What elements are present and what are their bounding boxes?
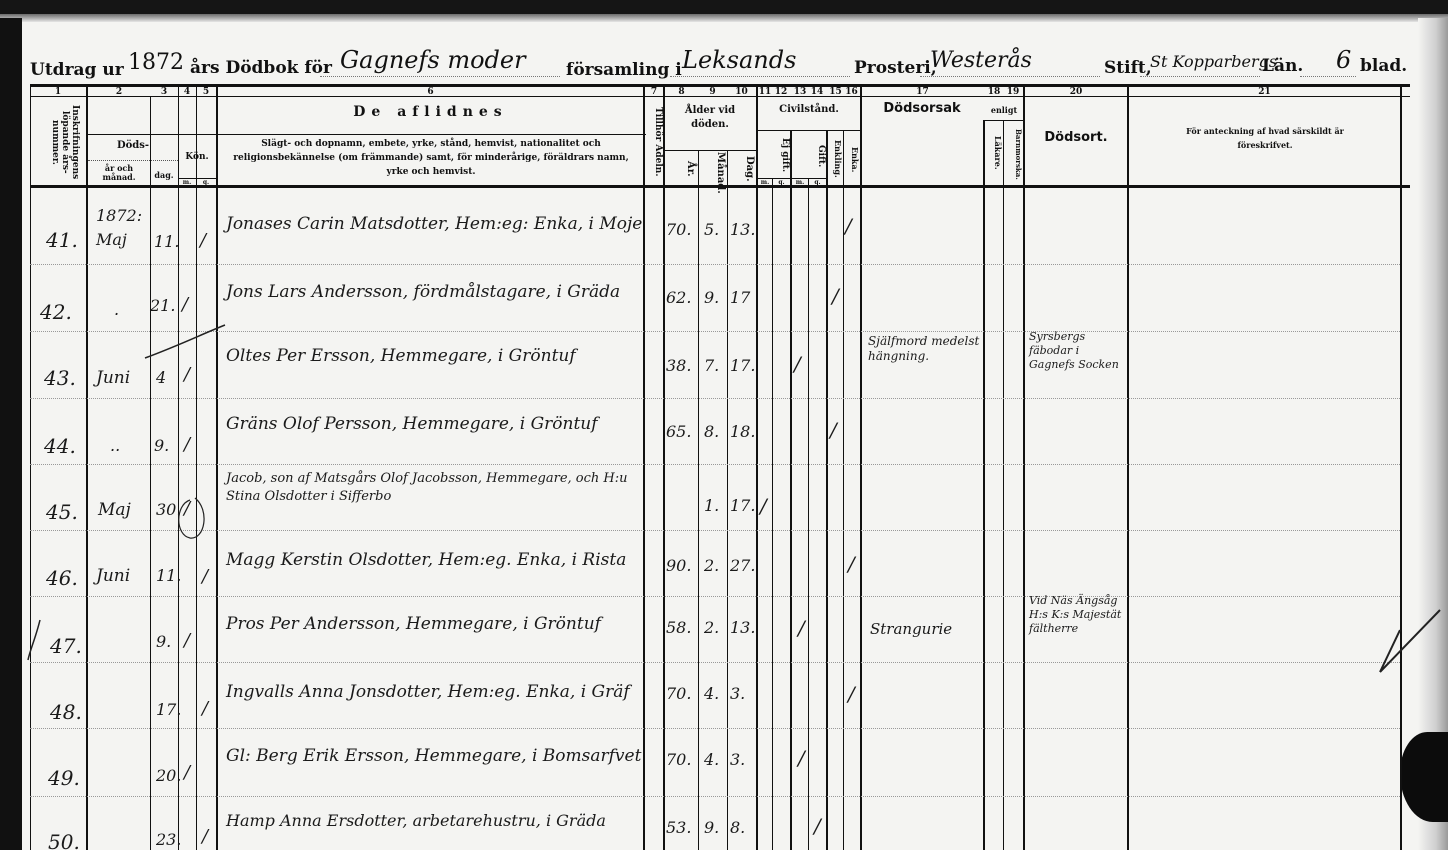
pen-annotations bbox=[0, 0, 1448, 850]
